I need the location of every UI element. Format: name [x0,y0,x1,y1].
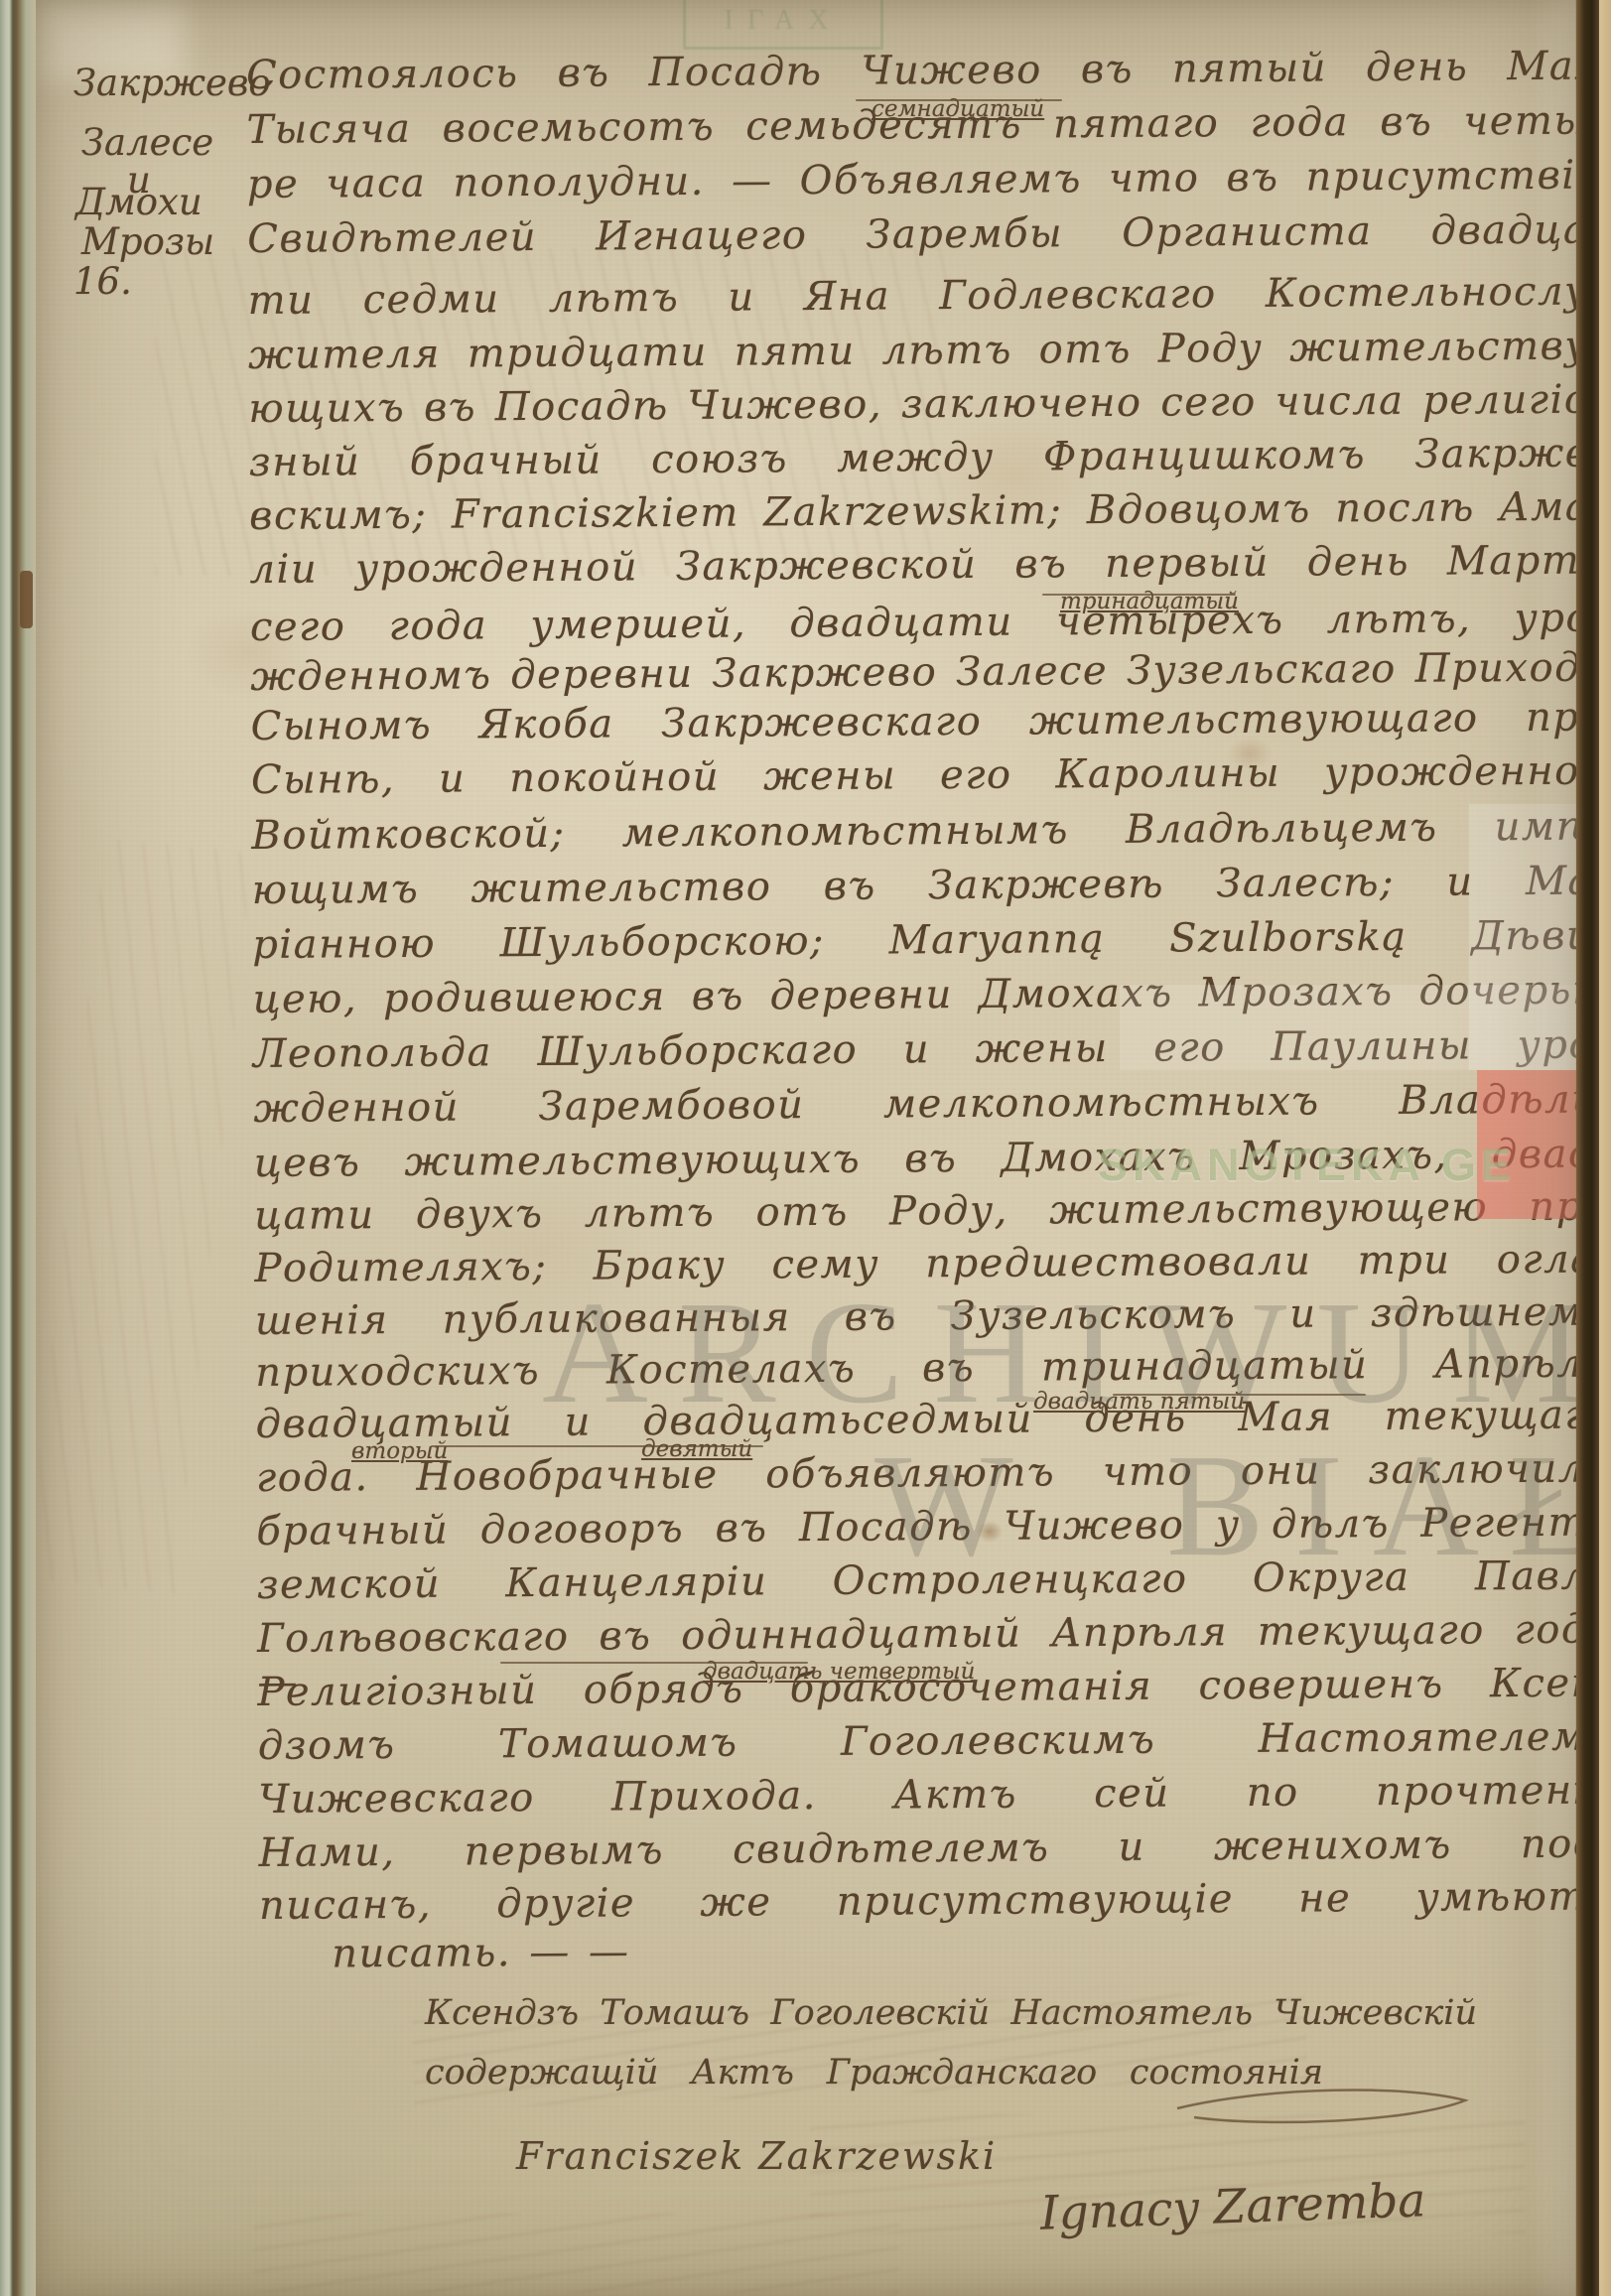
manuscript-line: дзомъ Томашомъ Гоголевскимъ Настоятелемъ [258,1714,1576,1768]
manuscript-line: ти седми лѣтъ и Яна Годлевскаго Костельн… [248,269,1576,323]
manuscript-line: ріанною Шульборскою; Maryanną Szulborską… [252,913,1576,967]
manuscript-line: ліи урожденной Закржевской въ первый ден… [249,538,1576,592]
manuscript-line: зный брачный союзъ между Францишкомъ Зак… [249,431,1576,484]
interlinear-correction: вторый [351,1438,448,1464]
manuscript-line: жденной Зарембовой мелкопомѣстныхъ Владѣ… [253,1077,1576,1131]
groom-signature: Franciszek Zakrzewski [516,2134,997,2178]
manuscript-line: ре часа пополудни. — Объявляемъ что въ п… [247,153,1576,206]
word-underline [856,99,1062,101]
manuscript-line: цею, родившеюся въ деревни Дмохахъ Мроза… [252,968,1576,1021]
scanned-document-page: ІГАХ ЗакржевоЗалесеиДмохиМрозы 16. Состо… [0,0,1611,2296]
book-binding-edge [0,0,36,2296]
officiant-attestation-line2: содержащій Актъ Гражданскаго состоянія [425,2053,1323,2093]
watermark-skanoteka-text: SKANOTEKA GE [1098,1140,1516,1191]
manuscript-line: Леопольда Шульборскаго и жены его Паулин… [253,1022,1576,1076]
manuscript-line: Состоялось въ Посадѣ Чижево въ пятый ден… [246,44,1576,97]
manuscript-line: цати двухъ лѣтъ отъ Роду, жительствующею… [254,1184,1576,1238]
manuscript-line: Войтковской; мелкопомѣстнымъ Владѣльцемъ… [251,804,1576,858]
word-underline [500,1662,808,1664]
officiant-attestation-line1: Ксендзъ Томашъ Гоголевскій Настоятель Чи… [425,1993,1477,2033]
watermark-archive-line2: W BIAŁY [874,1421,1576,1590]
manuscript-line: жителя тридцати пяти лѣтъ отъ Роду жител… [248,324,1576,377]
manuscript-line: писать. — — [332,1926,1225,1975]
interlinear-correction: тринадцатый [1060,589,1239,614]
interlinear-correction: девятый [641,1436,752,1462]
manuscript-line: Чижевскаго Прихода. Актъ сей по прочтені… [258,1768,1576,1822]
manuscript-line: сего года умершей, двадцати четырехъ лѣт… [250,596,1576,649]
manuscript-line: Свидѣтелей Игнацего Зарембы Органиста дв… [247,207,1576,261]
manuscript-line: писанъ, другіе же присутствующіе не умѣю… [259,1874,1576,1928]
manuscript-line: Нами, первымъ свидѣтелемъ и женихомъ под… [258,1822,1576,1875]
manuscript-line: ющимъ жительство въ Закржевѣ Залесѣ; и М… [252,859,1576,912]
manuscript-line: вскимъ; Franciszkiem Zakrzewskim; Вдовцо… [249,484,1576,538]
word-underline [1042,594,1236,596]
manuscript-line: Сыномъ Якоба Закржевскаго жительствующаг… [251,695,1576,748]
watermark-archive-line1: ARCHIWUM P [542,1269,1576,1437]
binding-damage-mark [20,571,33,628]
manuscript-line: Сынѣ, и покойной жены его Каролины урожд… [251,748,1576,802]
manuscript-paper: ІГАХ ЗакржевоЗалесеиДмохиМрозы 16. Состо… [36,0,1576,2296]
manuscript-line: ющихъ въ Посадѣ Чижево, заключено сего ч… [248,377,1576,431]
page-edge-shadow [1576,0,1599,2296]
manuscript-line: жденномъ деревни Закржево Залесе Зузельс… [250,645,1576,699]
word-underline [431,1445,763,1447]
next-page-sliver [1599,0,1611,2296]
